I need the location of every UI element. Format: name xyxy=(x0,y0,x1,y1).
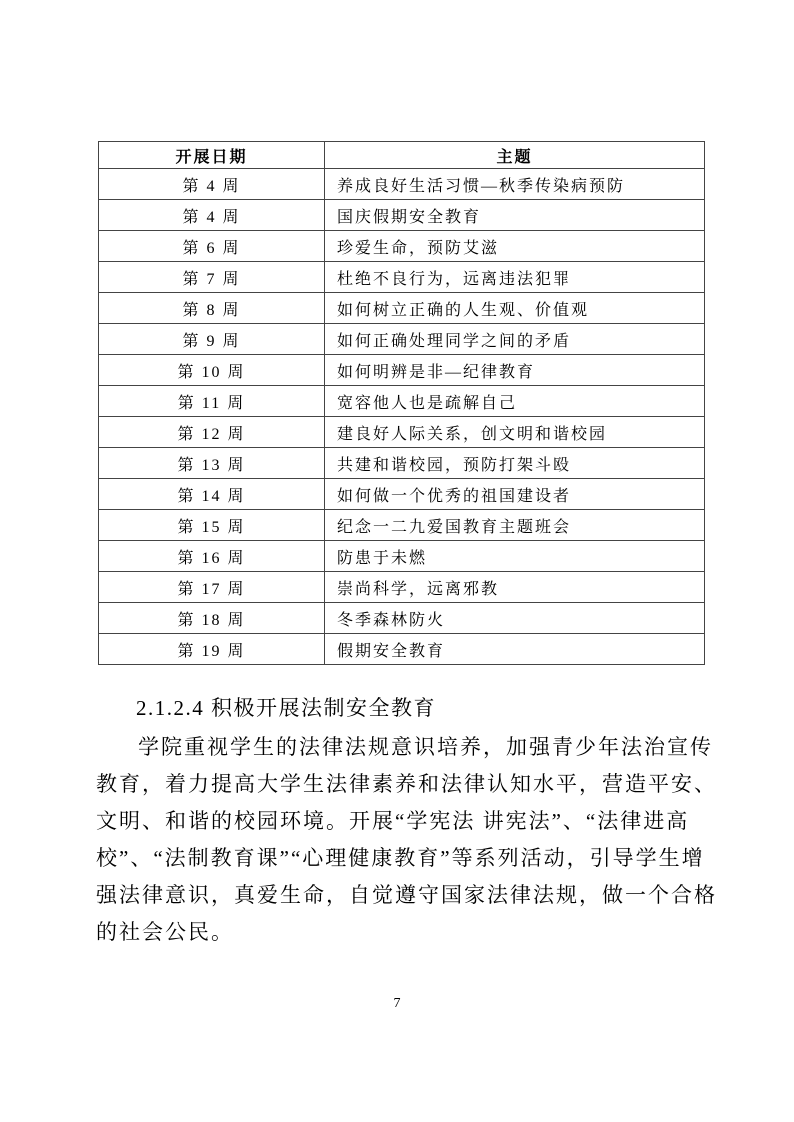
week-cell: 第 18 周 xyxy=(99,603,325,634)
table-row: 第 18 周冬季森林防火 xyxy=(99,603,705,634)
week-cell: 第 9 周 xyxy=(99,324,325,355)
table-row: 第 8 周如何树立正确的人生观、价值观 xyxy=(99,293,705,324)
topic-cell: 宽容他人也是疏解自己 xyxy=(325,386,705,417)
week-cell: 第 7 周 xyxy=(99,262,325,293)
topic-cell: 珍爱生命，预防艾滋 xyxy=(325,231,705,262)
section-paragraph: 学院重视学生的法律法规意识培养，加强青少年法治宣传 教育，着力提高大学生法律素养… xyxy=(96,729,721,951)
topic-cell: 如何树立正确的人生观、价值观 xyxy=(325,293,705,324)
table-row: 第 19 周假期安全教育 xyxy=(99,634,705,665)
week-cell: 第 12 周 xyxy=(99,417,325,448)
topic-cell: 如何正确处理同学之间的矛盾 xyxy=(325,324,705,355)
topic-cell: 假期安全教育 xyxy=(325,634,705,665)
column-header-topic: 主题 xyxy=(325,142,705,169)
table-row: 第 10 周如何明辨是非—纪律教育 xyxy=(99,355,705,386)
table-row: 第 12 周建良好人际关系，创文明和谐校园 xyxy=(99,417,705,448)
paragraph-line: 强法律意识，真爱生命，自觉遵守国家法律法规，做一个合格 xyxy=(96,877,721,914)
topic-cell: 共建和谐校园，预防打架斗殴 xyxy=(325,448,705,479)
week-cell: 第 15 周 xyxy=(99,510,325,541)
topic-cell: 建良好人际关系，创文明和谐校园 xyxy=(325,417,705,448)
paragraph-line: 校”、“法制教育课”“心理健康教育”等系列活动，引导学生增 xyxy=(96,840,721,877)
table-row: 第 9 周如何正确处理同学之间的矛盾 xyxy=(99,324,705,355)
week-cell: 第 10 周 xyxy=(99,355,325,386)
week-cell: 第 8 周 xyxy=(99,293,325,324)
column-header-date: 开展日期 xyxy=(99,142,325,169)
topic-cell: 崇尚科学，远离邪教 xyxy=(325,572,705,603)
topic-cell: 如何做一个优秀的祖国建设者 xyxy=(325,479,705,510)
table-row: 第 15 周纪念一二九爱国教育主题班会 xyxy=(99,510,705,541)
topic-cell: 养成良好生活习惯—秋季传染病预防 xyxy=(325,169,705,200)
week-cell: 第 14 周 xyxy=(99,479,325,510)
topic-cell: 纪念一二九爱国教育主题班会 xyxy=(325,510,705,541)
document-page: 开展日期 主题 第 4 周养成良好生活习惯—秋季传染病预防 第 4 周国庆假期安… xyxy=(0,0,794,1122)
topic-cell: 防患于未燃 xyxy=(325,541,705,572)
table-row: 第 7 周杜绝不良行为，远离违法犯罪 xyxy=(99,262,705,293)
table-row: 第 16 周防患于未燃 xyxy=(99,541,705,572)
topic-cell: 国庆假期安全教育 xyxy=(325,200,705,231)
page-number: 7 xyxy=(0,996,794,1012)
week-cell: 第 4 周 xyxy=(99,169,325,200)
week-cell: 第 19 周 xyxy=(99,634,325,665)
week-cell: 第 16 周 xyxy=(99,541,325,572)
paragraph-line: 教育，着力提高大学生法律素养和法律认知水平，营造平安、 xyxy=(96,766,721,803)
paragraph-line: 文明、和谐的校园环境。开展“学宪法 讲宪法”、“法律进高 xyxy=(96,803,721,840)
table-row: 第 4 周国庆假期安全教育 xyxy=(99,200,705,231)
table-header-row: 开展日期 主题 xyxy=(99,142,705,169)
table-row: 第 4 周养成良好生活习惯—秋季传染病预防 xyxy=(99,169,705,200)
table-row: 第 13 周共建和谐校园，预防打架斗殴 xyxy=(99,448,705,479)
topic-cell: 冬季森林防火 xyxy=(325,603,705,634)
section-heading: 2.1.2.4 积极开展法制安全教育 xyxy=(96,693,756,723)
week-cell: 第 11 周 xyxy=(99,386,325,417)
paragraph-line: 学院重视学生的法律法规意识培养，加强青少年法治宣传 xyxy=(96,729,721,766)
week-cell: 第 6 周 xyxy=(99,231,325,262)
table-row: 第 6 周珍爱生命，预防艾滋 xyxy=(99,231,705,262)
week-cell: 第 13 周 xyxy=(99,448,325,479)
table-row: 第 17 周崇尚科学，远离邪教 xyxy=(99,572,705,603)
class-meeting-schedule-table: 开展日期 主题 第 4 周养成良好生活习惯—秋季传染病预防 第 4 周国庆假期安… xyxy=(98,141,705,665)
week-cell: 第 17 周 xyxy=(99,572,325,603)
table-row: 第 14 周如何做一个优秀的祖国建设者 xyxy=(99,479,705,510)
topic-cell: 杜绝不良行为，远离违法犯罪 xyxy=(325,262,705,293)
topic-cell: 如何明辨是非—纪律教育 xyxy=(325,355,705,386)
week-cell: 第 4 周 xyxy=(99,200,325,231)
table-row: 第 11 周宽容他人也是疏解自己 xyxy=(99,386,705,417)
paragraph-line: 的社会公民。 xyxy=(96,914,721,951)
